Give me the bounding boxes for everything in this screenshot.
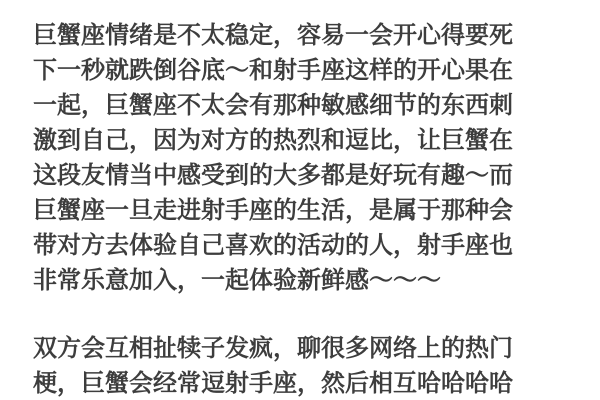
- article-text: 巨蟹座情绪是不太稳定，容易一会开心得要死 下一秒就跌倒谷底～和射手座这样的开心果…: [33, 18, 573, 400]
- text-line: 激到自己，因为对方的热烈和逗比，让巨蟹在: [33, 123, 573, 158]
- text-line: 非常乐意加入，一起体验新鲜感～～～: [33, 263, 573, 298]
- text-line: 带对方去体验自己喜欢的活动的人，射手座也: [33, 228, 573, 263]
- paragraph-2: 双方会互相扯犊子发疯，聊很多网络上的热门 梗，巨蟹会经常逗射手座，然后相互哈哈哈…: [33, 331, 573, 400]
- paragraph-1: 巨蟹座情绪是不太稳定，容易一会开心得要死 下一秒就跌倒谷底～和射手座这样的开心果…: [33, 18, 573, 298]
- text-line: 双方会互相扯犊子发疯，聊很多网络上的热门: [33, 331, 573, 366]
- text-line: 这段友情当中感受到的大多都是好玩有趣～而: [33, 158, 573, 193]
- text-line: 下一秒就跌倒谷底～和射手座这样的开心果在: [33, 53, 573, 88]
- text-line: 巨蟹座情绪是不太稳定，容易一会开心得要死: [33, 18, 573, 53]
- text-line: 一起，巨蟹座不太会有那种敏感细节的东西刺: [33, 88, 573, 123]
- text-line: 梗，巨蟹会经常逗射手座，然后相互哈哈哈哈: [33, 366, 573, 400]
- text-line: 巨蟹座一旦走进射手座的生活，是属于那种会: [33, 193, 573, 228]
